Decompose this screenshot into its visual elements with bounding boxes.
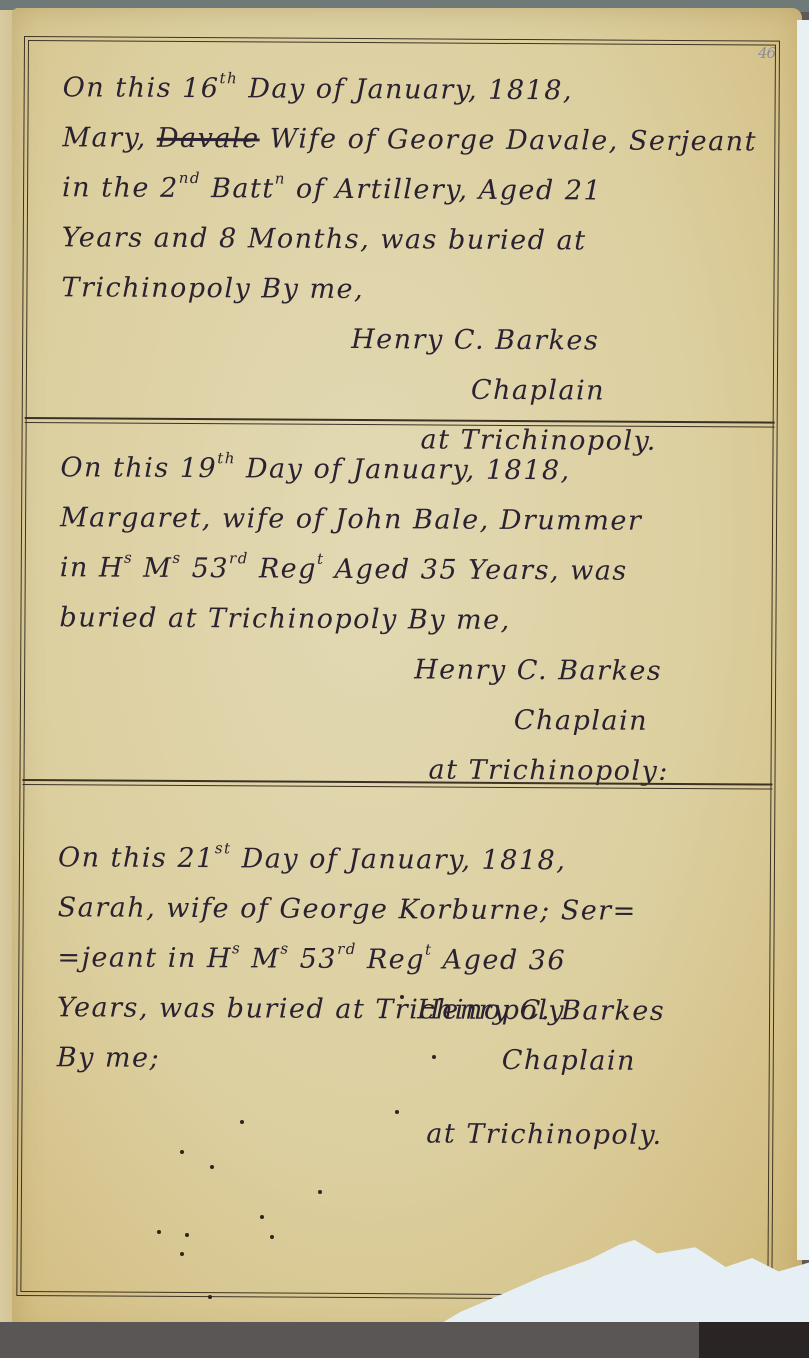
burial-entry-3: On this 21st Day of January, 1818, Sarah… bbox=[21, 783, 770, 1294]
entry-1-line-5: Trichinopoly By me, bbox=[61, 263, 743, 317]
entry-1-line-3: in the 2nd Battn of Artillery, Aged 21 bbox=[62, 163, 744, 217]
burial-entry-1: On this 16th Day of January, 1818, Mary,… bbox=[27, 41, 775, 424]
burial-entry-2: On this 19th Day of January, 1818, Marga… bbox=[24, 421, 772, 786]
ruled-frame: On this 16th Day of January, 1818, Mary,… bbox=[20, 40, 776, 1297]
entry-3-line-2: Sarah, wife of George Korburne; Ser= bbox=[58, 883, 740, 937]
entry-2-line-2: Margaret, wife of John Bale, Drummer bbox=[60, 493, 742, 547]
chaplain-signature: Henry C. Barkes bbox=[414, 645, 741, 697]
chaplain-title: Chaplain bbox=[514, 696, 741, 747]
chaplain-signature: Henry C. Barkes bbox=[417, 985, 739, 1037]
entry-3-line-3: =jeant in Hs Ms 53rd Regt Aged 36 bbox=[57, 933, 739, 987]
entry-3-line-5: By me; bbox=[57, 1033, 739, 1087]
entry-1-line-2: Mary, Davale Wife of George Davale, Serj… bbox=[62, 113, 744, 167]
background-bottom-edge bbox=[0, 1322, 809, 1358]
entry-1-line-4: Years and 8 Months, was buried at bbox=[62, 213, 744, 267]
page-gap bbox=[797, 20, 809, 1260]
entry-2-line-1: On this 19th Day of January, 1818, bbox=[60, 443, 742, 497]
entry-1-line-1: On this 16th Day of January, 1818, bbox=[63, 63, 745, 117]
chaplain-title: Chaplain bbox=[471, 366, 743, 418]
entry-2-line-4: buried at Trichinopoly By me, bbox=[59, 593, 741, 647]
chaplain-signature: Henry C. Barkes bbox=[351, 315, 743, 367]
struck-through-word: Davale bbox=[157, 123, 260, 155]
entry-3-line-1: On this 21st Day of January, 1818, bbox=[58, 833, 740, 887]
signature-place: at Trichinopoly. bbox=[426, 1109, 738, 1161]
entry-2-line-3: in Hs Ms 53rd Regt Aged 35 Years, was bbox=[60, 543, 742, 597]
